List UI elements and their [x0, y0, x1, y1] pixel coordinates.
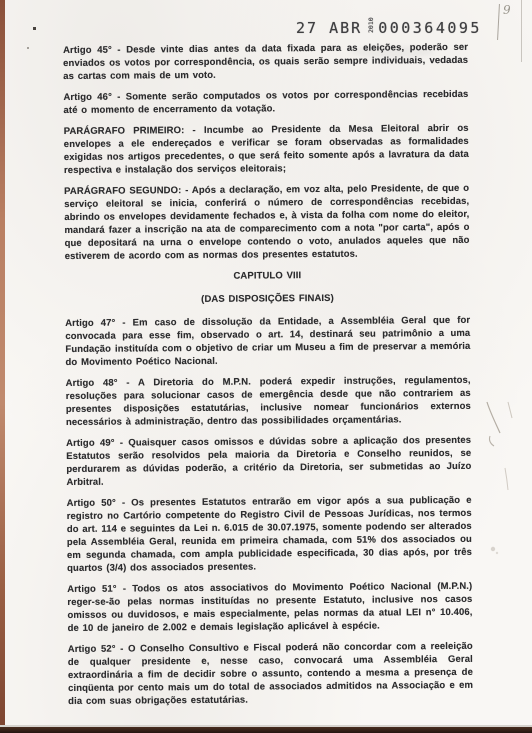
- scan-edge-left: [0, 0, 5, 733]
- document-body: Artigo 45° - Desde vinte dias antes da d…: [63, 41, 473, 716]
- chapter-heading: CAPITULO VIII: [65, 268, 470, 284]
- scan-edge-right-line: [521, 0, 522, 62]
- stamp-year-vertical: 2010: [367, 23, 375, 33]
- paragrafo-primeiro: PARÁGRAFO PRIMEIRO: - Incumbe ao Preside…: [64, 122, 469, 177]
- paragrafo-segundo: PARÁGRAFO SEGUNDO: - Após a declaração, …: [64, 182, 470, 263]
- stamp-serial-number: 000364095: [378, 19, 482, 37]
- scan-edge-bottom: [0, 727, 532, 733]
- statute-article-49: Artigo 49° - Quaisquer casos omissos e d…: [66, 434, 471, 489]
- scanned-page: 27 ABR 2010 000364095 9 Artigo 45° - Des…: [0, 0, 532, 733]
- ink-speck: [27, 47, 29, 49]
- pen-line: [497, 4, 500, 40]
- chapter-subtitle: (DAS DISPOSIÇÕES FINAIS): [65, 291, 470, 307]
- statute-article-47: Artigo 47° - Em caso de dissolução da En…: [65, 314, 470, 369]
- statute-article-46: Artigo 46° - Somente serão computados os…: [63, 88, 468, 117]
- page-number: 9: [503, 4, 511, 16]
- statute-article-51: Artigo 51° - Todos os atos associativos …: [67, 580, 472, 635]
- statute-article-50: Artigo 50° - Os presentes Estatutos entr…: [67, 494, 473, 575]
- page-number-annotation: 9: [498, 4, 511, 42]
- statute-article-48: Artigo 48° - A Diretoria do M.P.N. poder…: [66, 374, 471, 429]
- date-stamp: 27 ABR 2010 000364095: [296, 19, 482, 37]
- statute-article-52: Artigo 52° - O Conselho Consultivo e Fis…: [68, 640, 473, 708]
- ink-speck: [33, 27, 36, 30]
- statute-article-45: Artigo 45° - Desde vinte dias antes da d…: [63, 41, 468, 83]
- stamp-day-month: 27 ABR: [296, 19, 362, 37]
